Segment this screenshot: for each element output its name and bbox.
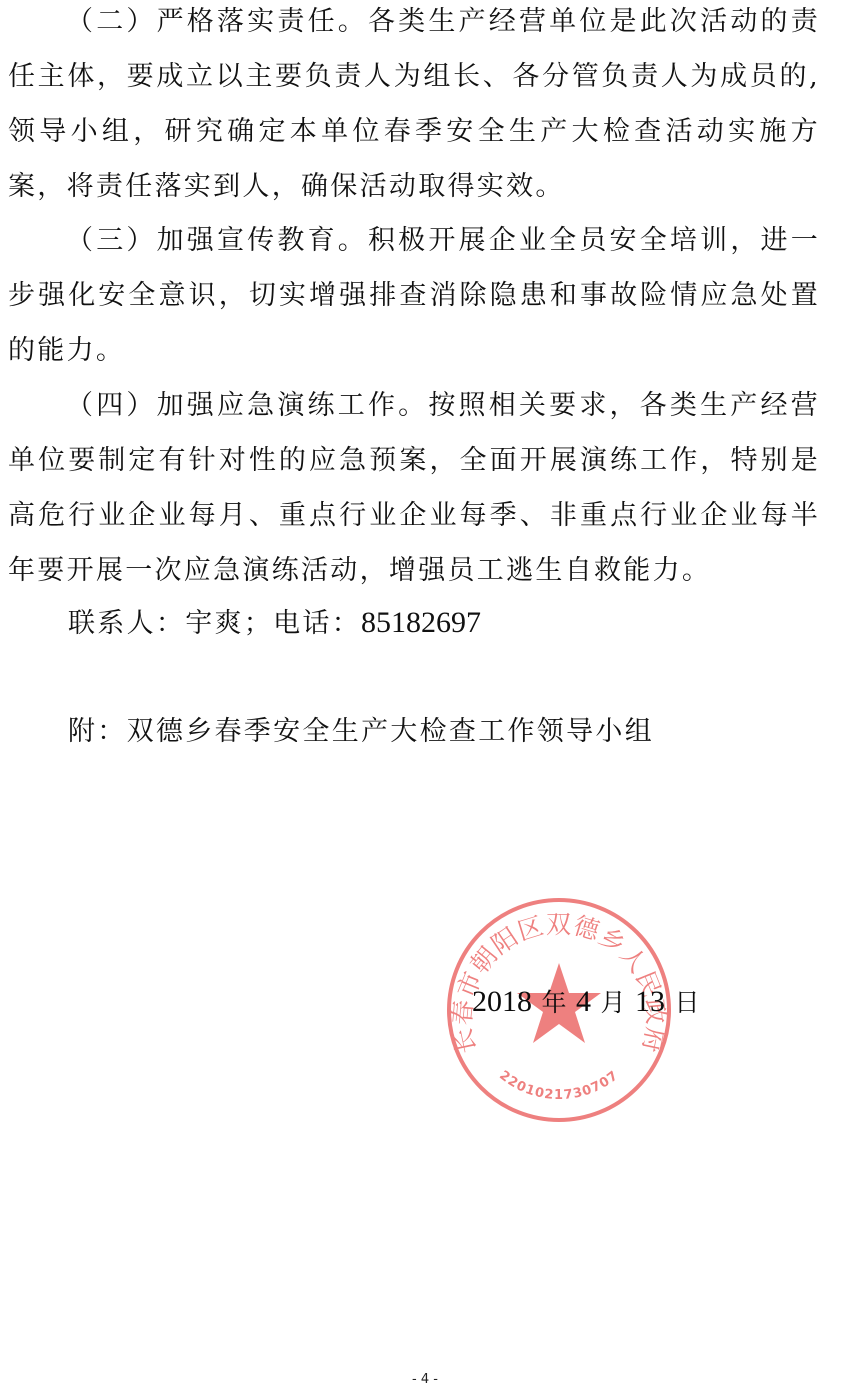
paragraph-responsibility: （二）严格落实责任。各类生产经营单位是此次活动的责任主体，要成立以主要负责人为组… — [8, 0, 820, 214]
document-page: （二）严格落实责任。各类生产经营单位是此次活动的责任主体，要成立以主要负责人为组… — [0, 0, 850, 1392]
page-number: - 4 - — [0, 1372, 850, 1387]
date-day: 13 — [635, 985, 665, 1018]
paragraph-heading: （四）加强应急演练工作。 — [66, 390, 428, 421]
date-month-unit: 月 — [601, 988, 626, 1017]
appendix-line: 附：双德乡春季安全生产大检查工作领导小组 — [68, 712, 654, 752]
paragraph-heading: （二）严格落实责任。 — [66, 6, 368, 37]
date-month: 4 — [576, 985, 591, 1018]
date-year-unit: 年 — [542, 988, 567, 1017]
seal-code: 2201021730707 — [496, 1068, 621, 1103]
svg-text:2201021730707: 2201021730707 — [496, 1068, 621, 1103]
contact-label: 联系人：宇爽；电话： — [68, 608, 361, 639]
date-year: 2018 — [472, 985, 532, 1018]
contact-line: 联系人：宇爽；电话：85182697 — [68, 603, 481, 644]
paragraph-heading: （三）加强宣传教育。 — [66, 225, 368, 256]
document-date: 2018 年 4 月 13 日 — [472, 984, 700, 1021]
contact-phone: 85182697 — [361, 606, 481, 639]
date-day-unit: 日 — [675, 988, 700, 1017]
paragraph-emergency-drills: （四）加强应急演练工作。按照相关要求，各类生产经营单位要制定有针对性的应急预案，… — [8, 378, 820, 598]
paragraph-publicity-education: （三）加强宣传教育。积极开展企业全员安全培训，进一步强化安全意识，切实增强排查消… — [8, 213, 820, 378]
